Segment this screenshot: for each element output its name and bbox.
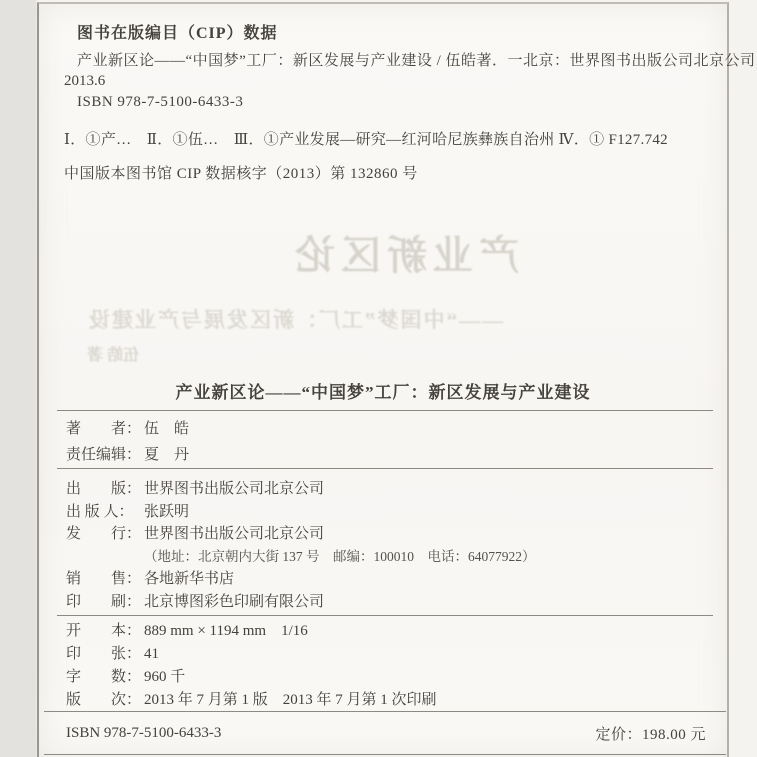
divider-rule-5: [44, 754, 726, 755]
row-label: 印 刷：: [66, 591, 144, 614]
colophon-section-format: 开 本：889 mm × 1194 mm 1/16 印 张：41 字 数：960…: [66, 620, 706, 712]
row-value: 世界图书出版公司北京公司: [144, 526, 324, 542]
colophon-row: 印 刷：北京博图彩色印刷有限公司: [66, 591, 706, 614]
row-value: 41: [144, 646, 159, 662]
book-page: 图书在版编目（CIP）数据 产业新区论——“中国梦”工厂：新区发展与产业建设 /…: [37, 2, 729, 757]
row-label: 责任编辑：: [66, 442, 144, 468]
showthrough-author-mirrored: 伍皓 著: [87, 342, 139, 365]
colophon-row: 版 次：2013 年 7 月第 1 版 2013 年 7 月第 1 次印刷: [66, 689, 706, 712]
scanned-copyright-page: { "cip": { "header": "图书在版编目（CIP）数据", "l…: [0, 0, 757, 757]
row-label: 发 行：: [66, 523, 144, 546]
row-value: 夏 丹: [144, 447, 189, 463]
footer-isbn-price-bar: ISBN 978-7-5100-6433-3 定价：198.00 元: [44, 712, 726, 754]
colophon-row: 著 者：伍 皓: [66, 416, 706, 442]
row-label: 著 者：: [66, 416, 144, 442]
cip-classification-line: Ⅰ．①产… Ⅱ．①伍… Ⅲ．①产业发展—研究—红河哈尼族彝族自治州 Ⅳ．① F1…: [64, 128, 668, 149]
row-value: 889 mm × 1194 mm 1/16: [144, 623, 308, 639]
publisher-address: （地址：北京朝内大街 137 号 邮编：100010 电话：64077922）: [144, 549, 536, 564]
footer-price: 定价：198.00 元: [595, 723, 706, 744]
row-label: 出 版：: [66, 478, 144, 501]
row-label: 销 售：: [66, 568, 144, 591]
row-value: 伍 皓: [144, 421, 189, 437]
book-title: 产业新区论——“中国梦”工厂：新区发展与产业建设: [39, 378, 727, 403]
row-label: 版 次：: [66, 689, 144, 712]
colophon-row: 出 版：世界图书出版公司北京公司: [66, 478, 706, 501]
row-label: 出 版 人：: [66, 501, 144, 524]
divider-rule-1: [57, 410, 713, 411]
colophon-row: 发 行：世界图书出版公司北京公司: [66, 523, 706, 546]
cip-description-line1: 产业新区论——“中国梦”工厂：新区发展与产业建设 / 伍皓著．一北京：世界图书出…: [77, 49, 717, 70]
colophon-row: 印 张：41: [66, 643, 706, 666]
row-value: 张跃明: [144, 504, 189, 520]
footer-isbn: ISBN 978-7-5100-6433-3: [66, 725, 221, 742]
colophon-section-author: 著 者：伍 皓 责任编辑：夏 丹: [66, 416, 706, 468]
row-label: 开 本：: [66, 620, 144, 643]
showthrough-title-mirrored: 产业新区论: [289, 224, 519, 281]
colophon-row: 责任编辑：夏 丹: [66, 442, 706, 468]
row-label: 字 数：: [66, 666, 144, 689]
showthrough-subtitle-mirrored: ——“中国梦”工厂：新区发展与产业建设: [87, 304, 503, 334]
colophon-row: 出 版 人：张跃明: [66, 501, 706, 524]
row-label: 印 张：: [66, 643, 144, 666]
divider-rule-2: [57, 468, 713, 469]
cip-isbn-line: ISBN 978-7-5100-6433-3: [77, 94, 243, 111]
colophon-row-address: （地址：北京朝内大街 137 号 邮编：100010 电话：64077922）: [66, 546, 706, 569]
colophon-row: 字 数：960 千: [66, 666, 706, 689]
row-value: 北京博图彩色印刷有限公司: [144, 594, 324, 610]
divider-rule-3: [57, 615, 713, 616]
cip-header: 图书在版编目（CIP）数据: [77, 20, 278, 43]
cip-description-line2: 2013.6: [64, 73, 105, 90]
colophon-section-publisher: 出 版：世界图书出版公司北京公司 出 版 人：张跃明 发 行：世界图书出版公司北…: [66, 478, 706, 614]
colophon-row: 销 售：各地新华书店: [66, 568, 706, 591]
row-value: 2013 年 7 月第 1 版 2013 年 7 月第 1 次印刷: [144, 692, 437, 708]
colophon-row: 开 本：889 mm × 1194 mm 1/16: [66, 620, 706, 643]
cip-record-number: 中国版本图书馆 CIP 数据核字（2013）第 132860 号: [64, 162, 418, 183]
row-value: 世界图书出版公司北京公司: [144, 481, 324, 497]
row-value: 各地新华书店: [144, 571, 234, 587]
row-value: 960 千: [144, 669, 185, 685]
